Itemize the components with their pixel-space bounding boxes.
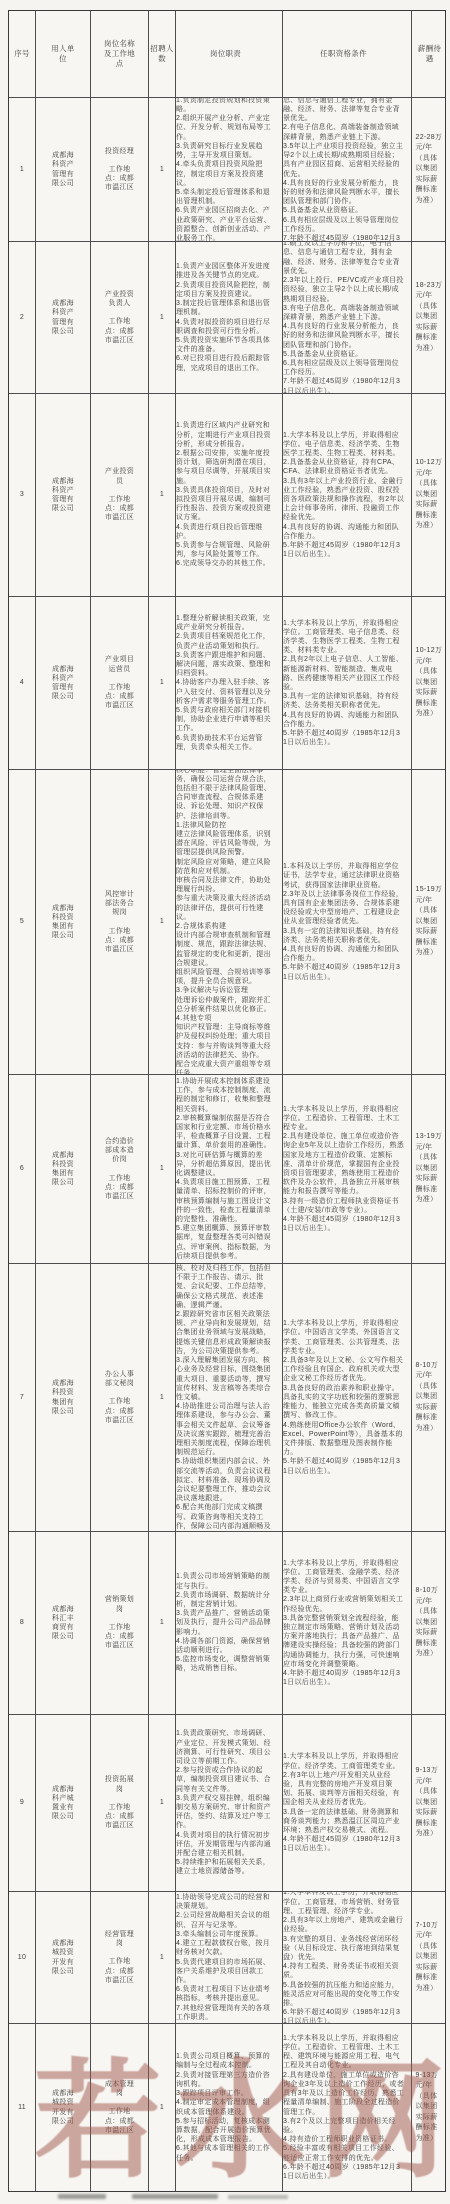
position-cell: 风控审计部法务合规岗工作地点：成都市温江区 — [91, 770, 149, 1074]
recruitment-table: 序号用人单位岗位名称及工作地点招聘人数岗位职责任职资格条件薪酬待遇 1成都海科资… — [8, 10, 446, 2192]
requirements-text: 1.大学本科及以上学历，并取得相应学位。工商管理类、电子信息类、经济学类、生物医… — [283, 597, 412, 769]
position-cell: 成本管理岗工作地点：成都市温江区 — [91, 2024, 149, 2191]
company-name: 成都海科产城置业有限公司 — [36, 1715, 91, 1891]
position-title: 经营管理岗 — [102, 1930, 138, 1948]
header-cell: 序号 — [9, 11, 36, 97]
work-location: 工作地点：成都市温江区 — [102, 2107, 138, 2135]
work-location: 工作地点：成都市温江区 — [102, 1174, 138, 1202]
salary-text: 8-10万元/年（具体以集团实际薪酬标准为准） — [412, 1532, 445, 1714]
position-title: 办公人事部文秘岗 — [102, 1370, 138, 1388]
table-row: 2成都海科资产管理有限公司产业投资负责人工作地点：成都市温江区11.负责产业园区… — [9, 241, 445, 393]
row-number: 3 — [9, 394, 36, 596]
headcount: 1 — [149, 1532, 176, 1714]
table-header-row: 序号用人单位岗位名称及工作地点招聘人数岗位职责任职资格条件薪酬待遇 — [9, 11, 445, 97]
position-cell: 办公人事部文秘岗工作地点：成都市温江区 — [91, 1264, 149, 1531]
duties-text: 1.负责制定投资规划和投资策略。 2.组织开展产业分析、产业定位、开发分析、规划… — [176, 98, 283, 241]
table-row: 11成都海城投资开发有限公司成本管理岗工作地点：成都市温江区11.负责公司项目概… — [9, 2023, 445, 2191]
headcount: 1 — [149, 1892, 176, 2023]
work-location: 工作地点：成都市温江区 — [102, 165, 138, 193]
table-row: 7成都海科投资集团有限公司办公人事部文秘岗工作地点：成都市温江区11.负责集团各… — [9, 1263, 445, 1531]
company-name: 成都海科资产管理有限公司 — [36, 394, 91, 596]
requirements-text: 1.大学本科及以上学历，并取得相应学位。电子信息类、经济学类、生物医学工程类、生… — [283, 394, 412, 596]
document-page: 序号用人单位岗位名称及工作地点招聘人数岗位职责任职资格条件薪酬待遇 1成都海科资… — [0, 0, 450, 2204]
headcount: 1 — [149, 242, 176, 393]
position-title: 投资拓展岗 — [102, 1775, 138, 1793]
table-row: 4成都海科资产管理有限公司产业项目运营员工作地点：成都市温江区11.整理分析解读… — [9, 596, 445, 769]
work-location: 工作地点：成都市温江区 — [102, 1397, 138, 1425]
table-row: 3成都海科资产管理有限公司产业投资员工作地点：成都市温江区11.负责进行区域内产… — [9, 393, 445, 596]
salary-text: 22-28万元/年（具体以集团实际薪酬标准为准） — [412, 98, 445, 241]
work-location: 工作地点：成都市温江区 — [102, 927, 138, 955]
headcount: 1 — [149, 770, 176, 1074]
position-cell: 营销策划岗工作地点：成都市温江区 — [91, 1532, 149, 1714]
position-cell: 投资经理工作地点：成都市温江区 — [91, 98, 149, 241]
company-name: 成都海科资产管理有限公司 — [36, 597, 91, 769]
header-cell: 任职资格条件 — [283, 11, 412, 97]
requirements-text: 1.大学本科及以上学历，并取得相应学位。工程造价、工程管理、土木工程专业。 2.… — [283, 1075, 412, 1263]
position-title: 营销策划岗 — [102, 1595, 138, 1613]
duties-text: 1.负责进行区域内产业研究和分析，定期进行产业项目投资分析，形成分析报告。 2.… — [176, 394, 283, 596]
row-number: 10 — [9, 1892, 36, 2023]
requirements-text: 1.大学本科及以上学历，并取得相应学位。经济学类、工商管理类专业。 2.有3年以… — [283, 1715, 412, 1891]
headcount: 1 — [149, 2024, 176, 2191]
position-cell: 投资拓展岗工作地点：成都市温江区 — [91, 1715, 149, 1891]
headcount: 1 — [149, 597, 176, 769]
company-name: 成都海科投资集团有限公司 — [36, 1264, 91, 1531]
position-cell: 合约造价部成本造价岗工作地点：成都市温江区 — [91, 1075, 149, 1263]
position-title: 产业投资员 — [102, 467, 138, 485]
position-cell: 产业投资员工作地点：成都市温江区 — [91, 394, 149, 596]
headcount: 1 — [149, 394, 176, 596]
company-name: 成都海科投资集团有限公司 — [36, 1075, 91, 1263]
position-title: 产业投资负责人 — [102, 290, 138, 308]
position-title: 合约造价部成本造价岗 — [102, 1137, 138, 1165]
headcount: 1 — [149, 1264, 176, 1531]
footer-smudge-left — [58, 2194, 106, 2199]
headcount: 1 — [149, 98, 176, 241]
salary-text: 13-19万元/年（具体以集团实际薪酬标准为准） — [412, 1075, 445, 1263]
requirements-text: 1.大学本科及以上学历，并取得相应学位。中国语言文学类、外国语言文学类、工商管理… — [283, 1264, 412, 1531]
table-row: 8成都海科汇丰商贸有限公司营销策划岗工作地点：成都市温江区11.负责公司市场营销… — [9, 1531, 445, 1714]
work-location: 工作地点：成都市温江区 — [102, 495, 138, 523]
headcount: 1 — [149, 1075, 176, 1263]
company-name: 成都海科汇丰商贸有限公司 — [36, 1532, 91, 1714]
salary-text: 10-12万元/年（具体以集团实际薪酬标准为准） — [412, 597, 445, 769]
work-location: 工作地点：成都市温江区 — [102, 1803, 138, 1831]
header-cell: 用人单位 — [36, 11, 91, 97]
duties-text: 1.负责集团各类公文起草、审核、校对及归档工作，包括但不限于工作报告、请示、批复… — [176, 1264, 283, 1531]
company-name: 成都海科资产管理有限公司 — [36, 98, 91, 241]
requirements-text: 1.硕士及以上学历和学位，电子信息、信息与通信工程专业，拥有金融、经济、财务、法… — [283, 98, 412, 241]
work-location: 工作地点：成都市温江区 — [102, 317, 138, 345]
duties-text: 1.协助开展成本控制体系建设工作，参与成本控制制度、流程的制定和修订，收集和整理… — [176, 1075, 283, 1263]
table-row: 1成都海科资产管理有限公司投资经理工作地点：成都市温江区11.负责制定投资规划和… — [9, 97, 445, 241]
requirements-text: 1.大学本科及以上学历，并取得相应学位。工商管理、市场营销、财务管理、工程管理、… — [283, 1892, 412, 2023]
row-number: 4 — [9, 597, 36, 769]
position-cell: 产业投资负责人工作地点：成都市温江区 — [91, 242, 149, 393]
salary-text: 9-13万元/年（具体以集团实际薪酬标准为准） — [412, 1715, 445, 1891]
table-row: 9成都海科产城置业有限公司投资拓展岗工作地点：成都市温江区11.负责政策研究、市… — [9, 1714, 445, 1891]
position-title: 产业项目运营员 — [102, 655, 138, 673]
row-number: 11 — [9, 2024, 36, 2191]
salary-text: 15-19万元/年（具体以集团实际薪酬标准为准） — [412, 770, 445, 1074]
company-name: 成都海科资产管理有限公司 — [36, 242, 91, 393]
position-title: 风控审计部法务合规岗 — [102, 890, 138, 918]
company-name: 成都海科投资集团有限公司 — [36, 770, 91, 1074]
salary-text: 18-23万元/年（具体以集团实际薪酬标准为准） — [412, 242, 445, 393]
headcount: 1 — [149, 1715, 176, 1891]
duties-text: 1.负责公司项目概算、预算的编制与全过程成本控制。 2.负责对接管理第三方造价咨… — [176, 2024, 283, 2191]
salary-text: 8-10万元/年（具体以集团实际薪酬标准为准） — [412, 1264, 445, 1531]
duties-text: 1.协助领导完成公司的经营和决策规划。 2.公司经营战略相关会议的组织、召开与记… — [176, 1892, 283, 2023]
row-number: 6 — [9, 1075, 36, 1263]
requirements-text: 1.大学本科及以上学历，并取得相应学位。工商管理类、金融学类、经济学类、经济与贸… — [283, 1532, 412, 1714]
requirements-text: 1.大学本科及以上学历，并取得相应学位。工程造价、工程管理、土木工程、建筑环境与… — [283, 2024, 412, 2191]
duties-text: 1.负责公司市场营销策略的制定与执行。 2.负责市场调研、数据统计分析，制定营销… — [176, 1532, 283, 1714]
salary-text: 7-10万元/年（具体以集团实际薪酬标准为准） — [412, 1892, 445, 2023]
row-number: 2 — [9, 242, 36, 393]
header-cell: 岗位名称及工作地点 — [91, 11, 149, 97]
duties-text: 核心职能：管理全面法律事务，确保公司运营合规合法，包括但不限于法律风险管理、合同… — [176, 770, 283, 1074]
table-body: 1成都海科资产管理有限公司投资经理工作地点：成都市温江区11.负责制定投资规划和… — [9, 97, 445, 2191]
footer-smudge-center — [132, 2194, 218, 2199]
row-number: 7 — [9, 1264, 36, 1531]
row-number: 9 — [9, 1715, 36, 1891]
row-number: 8 — [9, 1532, 36, 1714]
salary-text: 9-13万元/年（具体以集团实际薪酬标准为准） — [412, 2024, 445, 2191]
duties-text: 1.负责政策研究、市场调研、产业定位、开发模式策划、经济测算、可行性研究、项目公… — [176, 1715, 283, 1891]
table-row: 6成都海科投资集团有限公司合约造价部成本造价岗工作地点：成都市温江区11.协助开… — [9, 1074, 445, 1263]
duties-text: 1.整理分析解读相关政策，完成产业研究分析报告。 2.负责项目档案规范化工作，负… — [176, 597, 283, 769]
table-row: 5成都海科投资集团有限公司风控审计部法务合规岗工作地点：成都市温江区1核心职能：… — [9, 769, 445, 1074]
requirements-text: 1.本科及以上学历，并取得相应学位证书，法学专业，通过法律职业资格考试，获得国家… — [283, 770, 412, 1074]
position-title: 投资经理 — [102, 147, 138, 156]
position-cell: 产业项目运营员工作地点：成都市温江区 — [91, 597, 149, 769]
requirements-text: 1.硕士及以上学历和学位，电子信息、信息与通信工程专业，拥有金融、经济、财务、法… — [283, 242, 412, 393]
company-name: 成都海城投资开发有限公司 — [36, 1892, 91, 2023]
footer-smudge-right — [228, 2195, 288, 2199]
salary-text: 10-12万元/年（具体以集团实际薪酬标准为准） — [412, 394, 445, 596]
header-cell: 岗位职责 — [176, 11, 283, 97]
position-title: 成本管理岗 — [102, 2080, 138, 2098]
row-number: 5 — [9, 770, 36, 1074]
work-location: 工作地点：成都市温江区 — [102, 1623, 138, 1651]
position-cell: 经营管理岗工作地点：成都市温江区 — [91, 1892, 149, 2023]
work-location: 工作地点：成都市温江区 — [102, 683, 138, 711]
company-name: 成都海城投资开发有限公司 — [36, 2024, 91, 2191]
header-cell: 招聘人数 — [149, 11, 176, 97]
header-cell: 薪酬待遇 — [412, 11, 445, 97]
table-row: 10成都海城投资开发有限公司经营管理岗工作地点：成都市温江区11.协助领导完成公… — [9, 1891, 445, 2023]
row-number: 1 — [9, 98, 36, 241]
work-location: 工作地点：成都市温江区 — [102, 1957, 138, 1985]
duties-text: 1.负责产业园区整体开发进度推进及各关键节点的完成。 2.负责项目投资风险把控，… — [176, 242, 283, 393]
